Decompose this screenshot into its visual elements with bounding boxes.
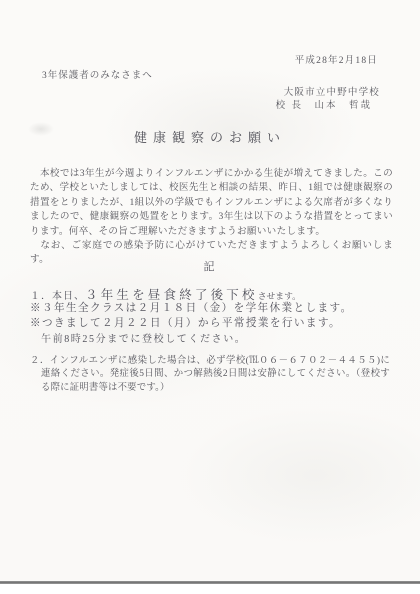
item-2: ２．インフルエンザに感染した場合は、必ず学校(℡０６－６７０２－４４５５)に連絡… (30, 355, 390, 395)
sender-principal-name: 校 長 山本 哲哉 (276, 97, 372, 111)
body-paragraph-1: 本校では3年生が今週よりインフルエンザにかかる生徒が増えてきました。このため、学… (30, 167, 393, 239)
letter-date: 平成28年2月18日 (295, 52, 378, 66)
item-1-note-3: 午前8時25分までに登校してください。 (41, 330, 246, 345)
scan-margin-below-edge (0, 584, 420, 594)
item-1-note-2: ※つきまして２月２２日（月）から平常授業を行います。 (30, 315, 341, 330)
sender-school-name: 大阪市立中野中学校 (284, 84, 380, 98)
item-1-note-1: ※３年生全クラスは２月１８日（金）を学年休業とします。 (30, 300, 353, 315)
record-heading: 記 (0, 258, 420, 274)
letter-addressee: 3年保護者のみなさまへ (42, 67, 153, 81)
letter-body: 本校では3年生が今週よりインフルエンザにかかる生徒が増えてきました。このため、学… (30, 167, 393, 268)
letter-title: 健康観察のお願い (0, 127, 420, 146)
scanned-letter-page: 平成28年2月18日 3年保護者のみなさまへ 大阪市立中野中学校 校 長 山本 … (0, 0, 420, 594)
